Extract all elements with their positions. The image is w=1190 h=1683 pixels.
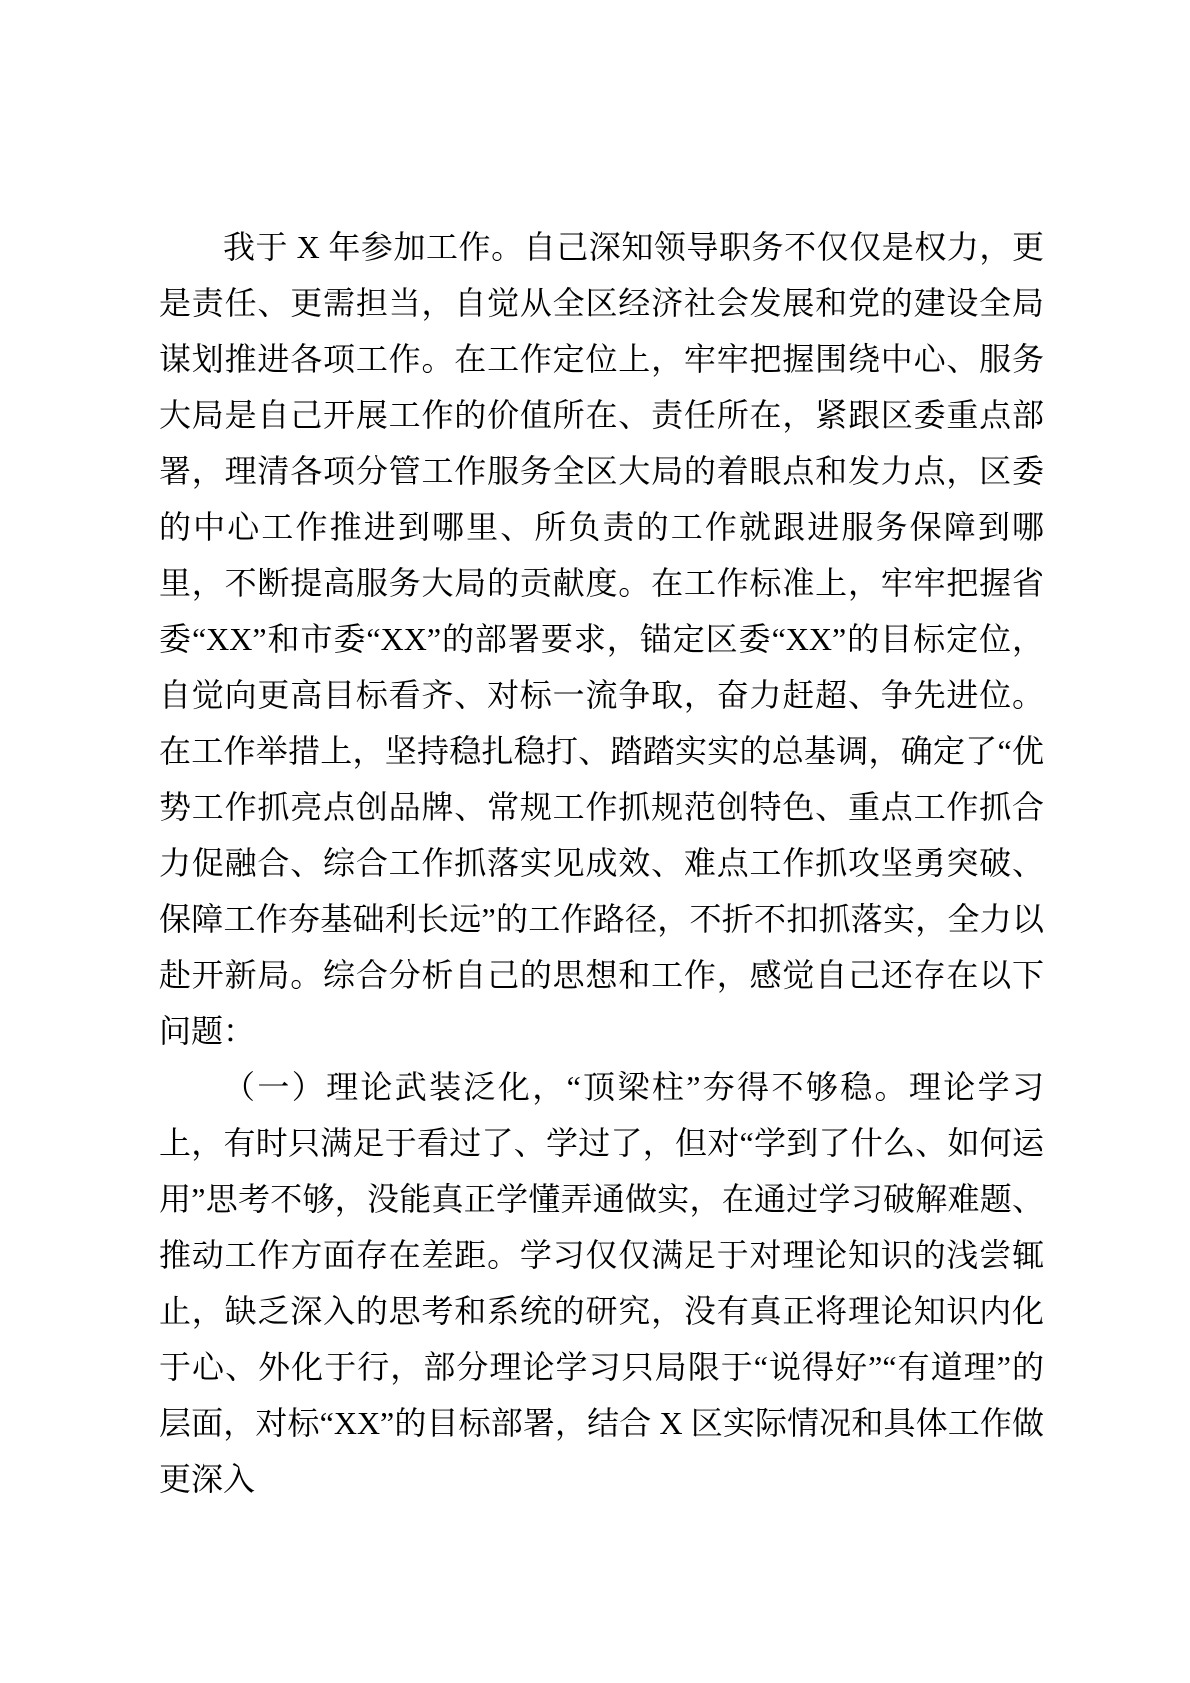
paragraph-work-summary: 我于 X 年参加工作。自己深知领导职务不仅仅是权力，更是责任、更需担当，自觉从全… [159,219,1044,1059]
paragraph-issue-1-theory: （一）理论武装泛化，“顶梁柱”夯得不够稳。理论学习上，有时只满足于看过了、学过了… [159,1059,1044,1507]
document-body: 我于 X 年参加工作。自己深知领导职务不仅仅是权力，更是责任、更需担当，自觉从全… [159,219,1044,1507]
document-page: 我于 X 年参加工作。自己深知领导职务不仅仅是权力，更是责任、更需担当，自觉从全… [0,0,1190,1683]
